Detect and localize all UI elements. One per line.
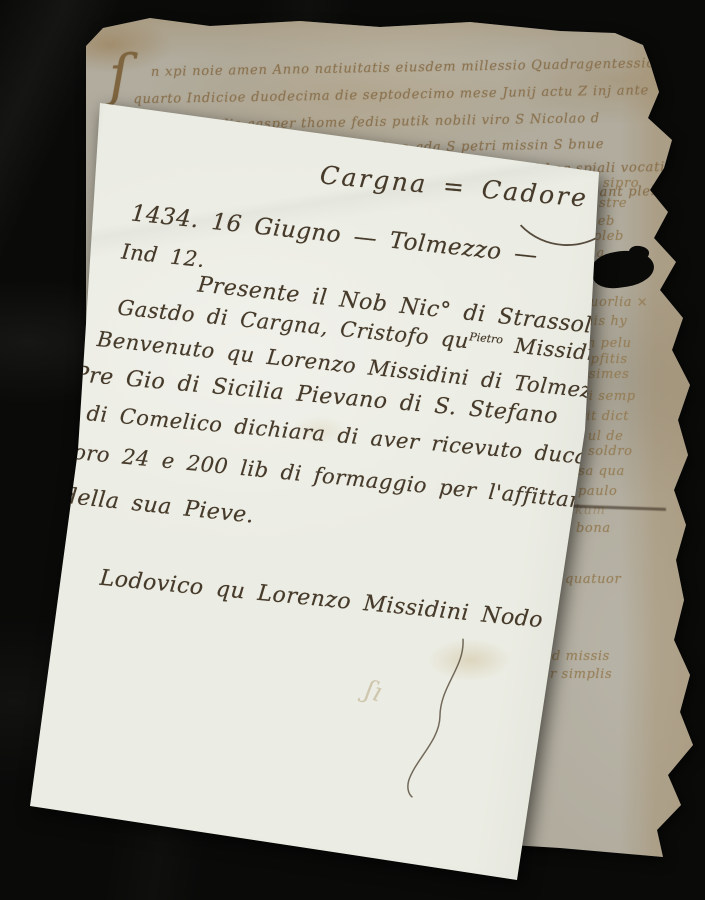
handwriting-block: Cargna = Cadore 1434. 16 Giugno — Tolmez… [0,103,615,888]
paper-shadow-wrap: Cargna = Cadore 1434. 16 Giugno — Tolmez… [0,0,705,900]
notary-signature: Lodovico qu Lorenzo Missidini Nodo [99,566,545,634]
note-line: della sua Pieve. [62,484,256,529]
archival-photo-scene: ſ n xpi noie amen Anno natiuitatis eiusd… [0,0,705,900]
note-paper: Cargna = Cadore 1434. 16 Giugno — Tolmez… [0,0,705,900]
note-line-post: Missidini, [501,333,623,368]
faint-ink-mark: ʃı [361,675,386,709]
note-heading: Cargna = Cadore [319,160,590,212]
note-line: Ind 12. [120,240,206,273]
signature-flourish-icon [398,631,471,806]
superscript-name: Pietro [469,330,504,346]
